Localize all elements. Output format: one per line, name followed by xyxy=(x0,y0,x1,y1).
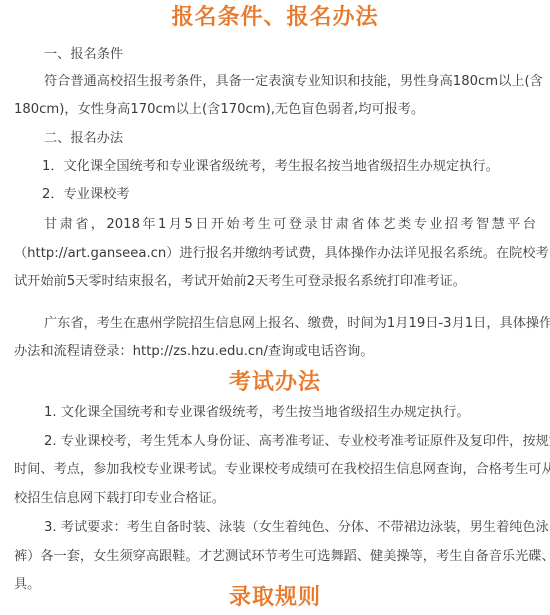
paragraph-gansu-line3: 试开始前5天零时结束报名，考试开始前2天考生可登录报名系统打印准考证。 xyxy=(14,273,536,291)
list-item-exam-school-line1: 2. 专业课校考，考生凭本人身份证、高考准考证、专业校考准考证原件及复印件，按规… xyxy=(44,433,536,451)
list-item-exam-requirements-line1: 3. 考试要求：考生自备时装、泳装（女生着纯色、分体、不带裙边泳装，男生着纯色泳 xyxy=(44,519,536,537)
subheading-registration-conditions: 一、报名条件 xyxy=(44,46,536,64)
list-item-exam-requirements-line2: 裤）各一套，女生须穿高跟鞋。才艺测试环节考生可选舞蹈、健美操等，考生自备音乐光碟… xyxy=(14,548,536,566)
section-title-registration: 报名条件、报名办法 xyxy=(0,4,550,32)
paragraph-gansu-line1: 甘肃省，2018年1月5日开始考生可登录甘肃省体艺类专业招考智慧平台 xyxy=(44,216,536,234)
list-item-exam-school-line2: 时间、考点，参加我校专业课考试。专业课校考成绩可在我校招生信息网查询，合格考生可… xyxy=(14,461,536,479)
paragraph-conditions-line1: 符合普通高校招生报考条件，具备一定表演专业知识和技能，男性身高180cm以上(含 xyxy=(44,73,536,91)
section-title-exam: 考试办法 xyxy=(0,369,550,397)
paragraph-guangdong-line1: 广东省，考生在惠州学院招生信息网上报名、缴费，时间为1月19日-3月1日，具体操… xyxy=(44,315,536,333)
subheading-registration-method: 二、报名办法 xyxy=(44,130,536,148)
paragraph-conditions-line2: 180cm)，女性身高170cm以上(含170cm),无色盲色弱者,均可报考。 xyxy=(14,101,536,119)
list-item-culture-exam: 1．文化课全国统考和专业课省级统考，考生报名按当地省级招生办规定执行。 xyxy=(42,158,536,176)
section-title-admission: 录取规则 xyxy=(0,584,550,612)
paragraph-guangdong-line2: 办法和流程请登录：http://zs.hzu.edu.cn/查询或电话咨询。 xyxy=(14,343,536,361)
paragraph-gansu-line2: （http://art.ganseea.cn）进行报名并缴纳考试费，具体操作办法… xyxy=(14,245,536,263)
list-item-exam-school-line3: 校招生信息网下载打印专业合格证。 xyxy=(14,490,536,508)
list-item-school-exam: 2．专业课校考 xyxy=(42,186,536,204)
list-item-exam-culture: 1. 文化课全国统考和专业课省级统考，考生按当地省级招生办规定执行。 xyxy=(44,404,536,422)
